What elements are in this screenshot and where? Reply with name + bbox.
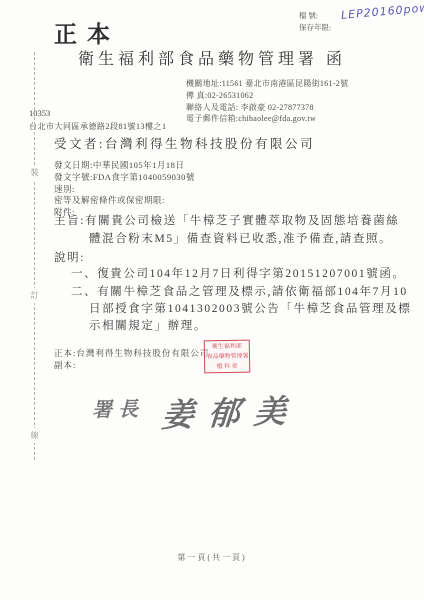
explanation-item-1: 一、復貴公司104年12月7日利得字第20151207001號函。 <box>71 266 406 284</box>
distribution-original: 正本:台灣利得生物科技股份有限公司 <box>54 347 209 359</box>
binding-marker-xian: 線 <box>29 428 40 443</box>
page-footer: 第一頁(共一頁) <box>0 552 424 563</box>
agency-contact-block: 機關地址:11561 臺北市南港區昆陽街161-2號 傳 真:02-265310… <box>186 78 416 125</box>
signer-name-signature: 姜郁美 <box>160 386 301 437</box>
scanned-official-letter: 正本 檔 號: LEP20160pow 保存年限: 衛生福利部食品藥物管理署 函… <box>0 0 424 600</box>
retention-label: 保存年限: <box>299 22 419 34</box>
explanation-item-2-line-1: 二、有關牛樟芝食品之管理及標示,請依衛福部104年7月10 <box>71 284 408 302</box>
file-number-handwritten-value: LEP20160pow <box>341 2 424 22</box>
binding-marker-ding: 訂 <box>29 288 40 303</box>
agency-contact-person: 聯絡人及電話: 李啟豪 02-27877378 <box>186 102 416 114</box>
secrecy-class: 密等及解密條件或保密期限: <box>54 195 195 207</box>
file-number-block: 檔 號: LEP20160pow 保存年限: <box>299 10 419 34</box>
stamp-line-1: 衛生福利部 <box>207 342 248 352</box>
copy-type-label: 正本 <box>54 16 120 49</box>
signature-row: 署長 姜郁美 <box>92 388 300 434</box>
recipient-line: 受文者:台灣利得生物科技股份有限公司 <box>54 134 315 152</box>
signer-title: 署長 <box>92 393 144 423</box>
speed-class: 速別: <box>54 184 195 196</box>
binding-marker-zhuang: 裝 <box>29 165 40 180</box>
subject-line-1: 主旨:有關貴公司檢送「牛樟芝子實體萃取物及固態培養菌絲 <box>54 213 399 231</box>
file-number-label: 檔 號: <box>299 11 318 20</box>
stamp-line-2: 食品藥物管理署 <box>207 352 248 362</box>
subject-line-2: 體混合粉末M5」備查資料已收悉,准予備查,請查照。 <box>89 231 392 249</box>
binding-dashed-line <box>34 52 35 460</box>
recipient-zip: 10353 <box>29 108 50 118</box>
document-title: 衛生福利部食品藥物管理署 函 <box>0 46 424 69</box>
agency-address: 機關地址:11561 臺北市南港區昆陽街161-2號 <box>186 78 416 90</box>
stamp-line-3: 檔 科 章 <box>207 362 248 372</box>
file-number-row: 檔 號: LEP20160pow <box>299 10 419 22</box>
document-meta-block: 發文日期:中華民國105年1月18日 發文字號:FDA食字第1040059030… <box>54 160 195 219</box>
issue-date: 發文日期:中華民國105年1月18日 <box>54 160 195 172</box>
explanation-item-2-line-2: 日部授食字第1041302003號公告「牛樟芝食品管理及標 <box>89 301 411 319</box>
explanation-item-2-line-3: 示相關規定」辦理。 <box>89 318 207 336</box>
explanation-heading: 說明: <box>54 250 85 268</box>
doc-number: 發文字號:FDA食字第1040059030號 <box>54 172 195 184</box>
agency-fax: 傳 真:02-26531062 <box>186 90 416 102</box>
distribution-copy: 副本: <box>54 359 76 371</box>
recipient-address: 台北市大同區承德路2段81號13樓之1 <box>29 121 167 132</box>
agency-red-stamp: 衛生福利部 食品藥物管理署 檔 科 章 <box>204 340 251 374</box>
agency-email: 電子郵件信箱:chihaolee@fda.gov.tw <box>186 113 416 125</box>
